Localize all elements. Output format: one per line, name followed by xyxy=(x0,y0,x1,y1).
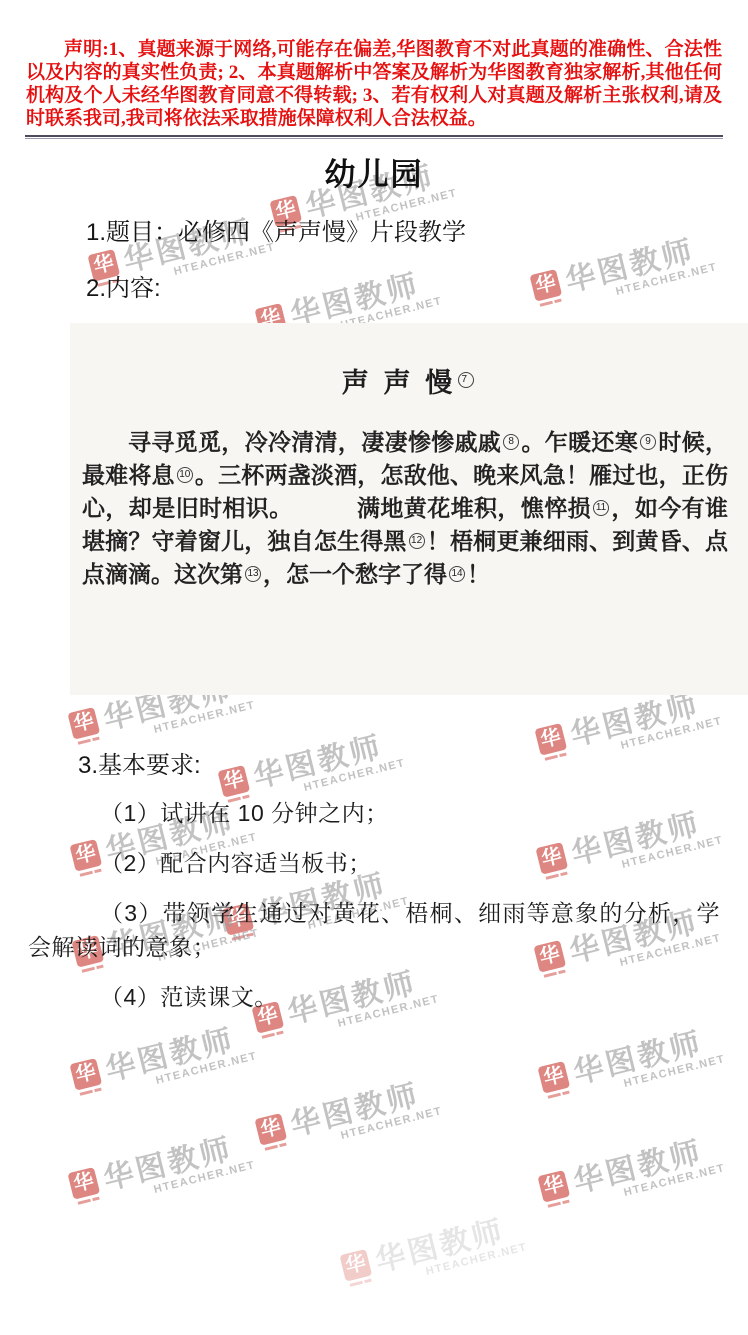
huatu-logo-tagline xyxy=(349,1279,371,1287)
huatu-watermark: 华华图教师HTEACHER.NET xyxy=(252,1065,444,1161)
watermark-brand-text: 华图教师 xyxy=(568,1013,724,1092)
huatu-logo-tagline xyxy=(547,1200,569,1208)
footnote-mark-8: 8 xyxy=(503,434,519,450)
topic-line: 1.题目：必修四《声声慢》片段教学 xyxy=(28,212,720,247)
watermark-brand-text: 华图教师 xyxy=(100,1010,256,1089)
disclaimer-label: 声明: xyxy=(64,39,109,60)
footnote-mark-10: 10 xyxy=(177,467,193,483)
watermark-domain-text: HTEACHER.NET xyxy=(623,1053,727,1090)
requirement-item: （1）试讲在 10 分钟之内； xyxy=(28,796,720,830)
huatu-watermark: 华华图教师HTEACHER.NET xyxy=(535,1013,727,1109)
huatu-logo-icon: 华 xyxy=(67,1167,100,1200)
watermark-brand-text: 华图教师 xyxy=(568,1122,724,1201)
footnote-mark-14: 14 xyxy=(449,566,465,582)
huatu-watermark: 华华图教师HTEACHER.NET xyxy=(65,1119,257,1215)
page-title: 幼儿园 xyxy=(0,149,748,194)
footnote-mark-11: 11 xyxy=(593,500,609,516)
huatu-logo-tagline xyxy=(264,1143,286,1151)
huatu-logo-icon: 华 xyxy=(537,1061,570,1094)
requirement-item: （4）范读课文。 xyxy=(28,980,720,1014)
watermark-domain-text: HTEACHER.NET xyxy=(425,1241,529,1278)
watermark-domain-text: HTEACHER.NET xyxy=(155,1050,259,1087)
huatu-watermark: 华华图教师HTEACHER.NET xyxy=(337,1201,529,1297)
huatu-logo-tagline xyxy=(547,1091,569,1099)
header-divider xyxy=(25,135,723,139)
requirements-label: 3.基本要求: xyxy=(28,745,720,780)
footnote-mark-9: 9 xyxy=(640,434,656,450)
poem-body: 寻寻觅觅，冷冷清清，凄凄惨惨戚戚8。乍暖还寒9时候，最难将息10。三杯两盏淡酒，… xyxy=(82,426,728,591)
huatu-logo-icon: 华 xyxy=(69,1058,102,1091)
footnote-mark-13: 13 xyxy=(245,566,261,582)
footnote-mark-7: 7 xyxy=(458,372,474,388)
disclaimer: 声明:1、真题来源于网络,可能存在偏差,华图教育不对此真题的准确性、合法性以及内… xyxy=(26,38,722,130)
huatu-logo-icon: 华 xyxy=(339,1249,372,1282)
huatu-logo-tagline xyxy=(261,1031,283,1039)
watermark-brand-text: 华图教师 xyxy=(370,1201,526,1280)
watermark-domain-text: HTEACHER.NET xyxy=(340,1105,444,1142)
disclaimer-text: 1、真题来源于网络,可能存在偏差,华图教育不对此真题的准确性、合法性以及内容的真… xyxy=(26,39,722,129)
huatu-logo-icon: 华 xyxy=(537,1170,570,1203)
footnote-mark-12: 12 xyxy=(409,533,425,549)
watermark-brand-text: 华图教师 xyxy=(98,1119,254,1198)
textbook-scan-image: 声 声 慢7 寻寻觅觅，冷冷清清，凄凄惨惨戚戚8。乍暖还寒9时候，最难将息10。… xyxy=(70,323,748,695)
poem-title: 声 声 慢7 xyxy=(70,323,748,400)
requirement-item: （3）带领学生通过对黄花、梧桐、细雨等意象的分析，学会解读词的意象； xyxy=(28,896,720,964)
huatu-watermark: 华华图教师HTEACHER.NET xyxy=(67,1010,259,1106)
huatu-watermark: 华华图教师HTEACHER.NET xyxy=(535,1122,727,1218)
watermark-domain-text: HTEACHER.NET xyxy=(153,1159,257,1196)
content-label: 2.内容: xyxy=(28,268,720,303)
watermark-domain-text: HTEACHER.NET xyxy=(623,1162,727,1199)
huatu-logo-tagline xyxy=(77,1197,99,1205)
huatu-logo-tagline xyxy=(79,1088,101,1096)
huatu-logo-icon: 华 xyxy=(254,1113,287,1146)
requirement-item: （2）配合内容适当板书； xyxy=(28,846,720,880)
watermark-brand-text: 华图教师 xyxy=(285,1065,441,1144)
